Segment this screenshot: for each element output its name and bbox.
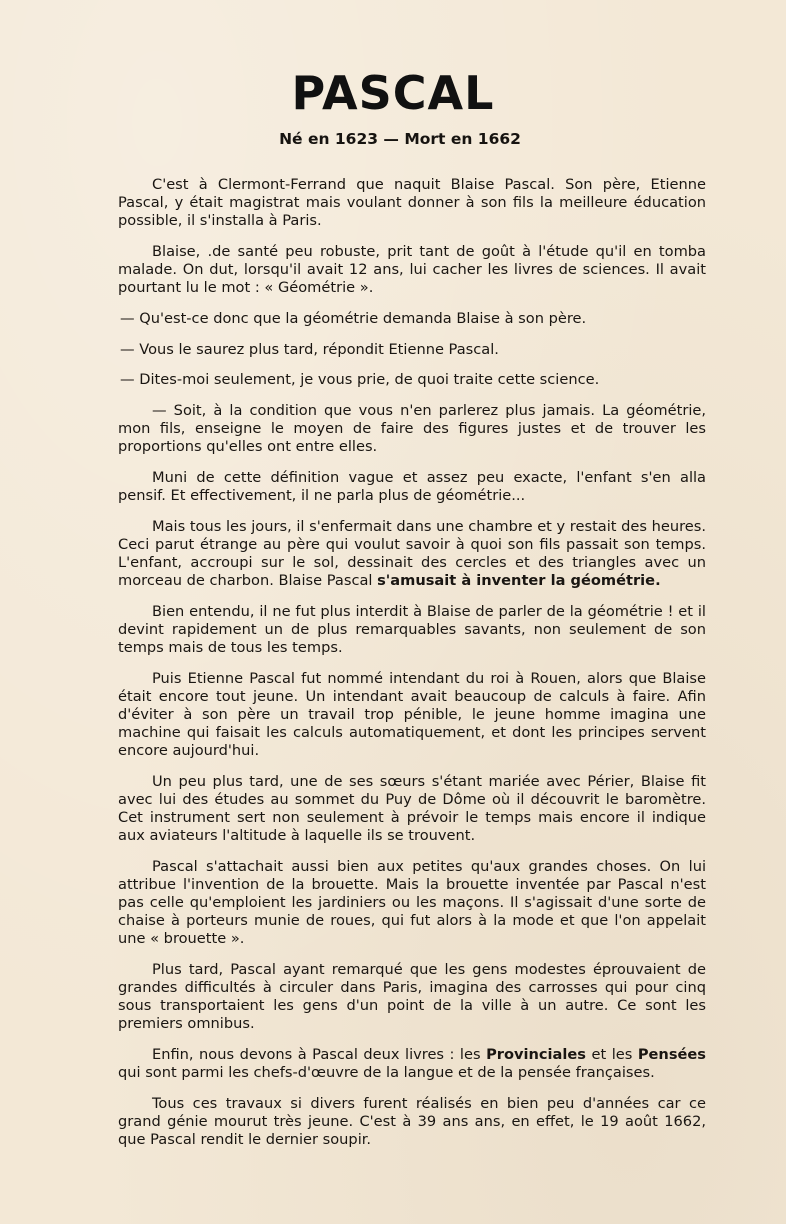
paragraph: Enfin, nous devons à Pascal deux livres … xyxy=(118,1046,706,1082)
paragraph-text: qui sont parmi les chefs-d'œuvre de la l… xyxy=(118,1064,655,1081)
emphasis-text: s'amusait à inventer la géométrie. xyxy=(377,572,661,589)
book-title-provinciales: Provinciales xyxy=(486,1046,586,1063)
paragraph-text: et les xyxy=(586,1046,638,1063)
article-body: C'est à Clermont-Ferrand que naquit Blai… xyxy=(118,176,706,1162)
paragraph: C'est à Clermont-Ferrand que naquit Blai… xyxy=(118,176,706,230)
paragraph: Mais tous les jours, il s'enfermait dans… xyxy=(118,518,706,590)
paragraph: Pascal s'attachait aussi bien aux petite… xyxy=(118,858,706,948)
dialog-line: — Dites-moi seulement, je vous prie, de … xyxy=(118,371,706,389)
page-subtitle: Né en 1623 — Mort en 1662 xyxy=(0,130,786,148)
dialog-line: — Vous le saurez plus tard, répondit Eti… xyxy=(118,341,706,359)
paragraph: Blaise, .de santé peu robuste, prit tant… xyxy=(118,243,706,297)
paragraph: Tous ces travaux si divers furent réalis… xyxy=(118,1095,706,1149)
paragraph: Puis Etienne Pascal fut nommé intendant … xyxy=(118,670,706,760)
dialog-line: — Qu'est-ce donc que la géométrie demand… xyxy=(118,310,706,328)
document-page: PASCAL Né en 1623 — Mort en 1662 C'est à… xyxy=(0,0,786,1224)
paragraph: Plus tard, Pascal ayant remarqué que les… xyxy=(118,961,706,1033)
paragraph: Bien entendu, il ne fut plus interdit à … xyxy=(118,603,706,657)
page-title: PASCAL xyxy=(0,66,786,120)
paragraph-text: Enfin, nous devons à Pascal deux livres … xyxy=(152,1046,486,1063)
book-title-pensees: Pensées xyxy=(638,1046,706,1063)
paragraph: Un peu plus tard, une de ses sœurs s'éta… xyxy=(118,773,706,845)
paragraph: Muni de cette définition vague et assez … xyxy=(118,469,706,505)
dialog-line: — Soit, à la condition que vous n'en par… xyxy=(118,402,706,456)
